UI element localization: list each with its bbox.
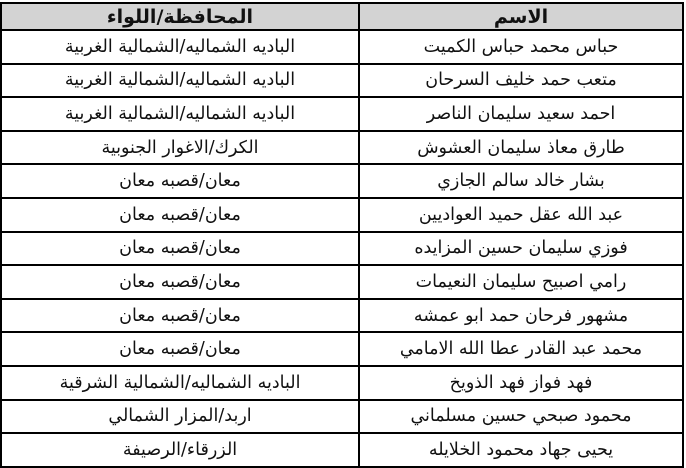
name-cell: محمود صبحي حسين مسلماني <box>359 400 683 434</box>
table-row: محمد عبد القادر عطا الله الاماميمعان/قصب… <box>1 332 683 366</box>
table-row: عبد الله عقل حميد العواديينمعان/قصبه معا… <box>1 198 683 232</box>
name-cell: مشهور فرحان حمد ابو عمشه <box>359 299 683 333</box>
table-row: متعب حمد خليف السرحانالباديه الشماليه/ال… <box>1 64 683 98</box>
name-cell: حباس محمد حباس الكميت <box>359 30 683 64</box>
governorate-cell: معان/قصبه معان <box>1 198 359 232</box>
table-row: مشهور فرحان حمد ابو عمشهمعان/قصبه معان <box>1 299 683 333</box>
name-column-header: الاسم <box>359 3 683 30</box>
governorate-cell: الباديه الشماليه/الشمالية الشرقية <box>1 366 359 400</box>
table-row: فهد فواز فهد الذويخالباديه الشماليه/الشم… <box>1 366 683 400</box>
header-row: الاسم المحافظة/اللواء <box>1 3 683 30</box>
governorate-cell: اربد/المزار الشمالي <box>1 400 359 434</box>
name-cell: رامي اصبيح سليمان النعيمات <box>359 265 683 299</box>
table-body: حباس محمد حباس الكميتالباديه الشماليه/ال… <box>1 30 683 467</box>
governorate-cell: الزرقاء/الرصيفة <box>1 433 359 467</box>
name-cell: بشار خالد سالم الجازي <box>359 164 683 198</box>
governorate-cell: معان/قصبه معان <box>1 299 359 333</box>
governorate-cell: معان/قصبه معان <box>1 232 359 266</box>
table-row: احمد سعيد سليمان الناصرالباديه الشماليه/… <box>1 97 683 131</box>
name-cell: محمد عبد القادر عطا الله الامامي <box>359 332 683 366</box>
name-cell: طارق معاذ سليمان العشوش <box>359 131 683 165</box>
table-row: فوزي سليمان حسين المزايدهمعان/قصبه معان <box>1 232 683 266</box>
governorate-cell: معان/قصبه معان <box>1 164 359 198</box>
table-row: رامي اصبيح سليمان النعيماتمعان/قصبه معان <box>1 265 683 299</box>
governorate-column-header: المحافظة/اللواء <box>1 3 359 30</box>
name-cell: فهد فواز فهد الذويخ <box>359 366 683 400</box>
governorate-cell: الكرك/الاغوار الجنوبية <box>1 131 359 165</box>
name-cell: احمد سعيد سليمان الناصر <box>359 97 683 131</box>
table-row: بشار خالد سالم الجازيمعان/قصبه معان <box>1 164 683 198</box>
table-row: طارق معاذ سليمان العشوشالكرك/الاغوار الج… <box>1 131 683 165</box>
name-cell: يحيى جهاد محمود الخلايله <box>359 433 683 467</box>
governorate-cell: الباديه الشماليه/الشمالية الغربية <box>1 64 359 98</box>
governorate-cell: الباديه الشماليه/الشمالية الغربية <box>1 30 359 64</box>
governorate-cell: معان/قصبه معان <box>1 332 359 366</box>
governorate-cell: الباديه الشماليه/الشمالية الغربية <box>1 97 359 131</box>
governorate-cell: معان/قصبه معان <box>1 265 359 299</box>
name-cell: فوزي سليمان حسين المزايده <box>359 232 683 266</box>
table-row: محمود صبحي حسين مسلمانياربد/المزار الشما… <box>1 400 683 434</box>
table-row: حباس محمد حباس الكميتالباديه الشماليه/ال… <box>1 30 683 64</box>
names-governorates-table: الاسم المحافظة/اللواء حباس محمد حباس الك… <box>0 2 684 468</box>
table-row: يحيى جهاد محمود الخلايلهالزرقاء/الرصيفة <box>1 433 683 467</box>
name-cell: عبد الله عقل حميد العواديين <box>359 198 683 232</box>
name-cell: متعب حمد خليف السرحان <box>359 64 683 98</box>
